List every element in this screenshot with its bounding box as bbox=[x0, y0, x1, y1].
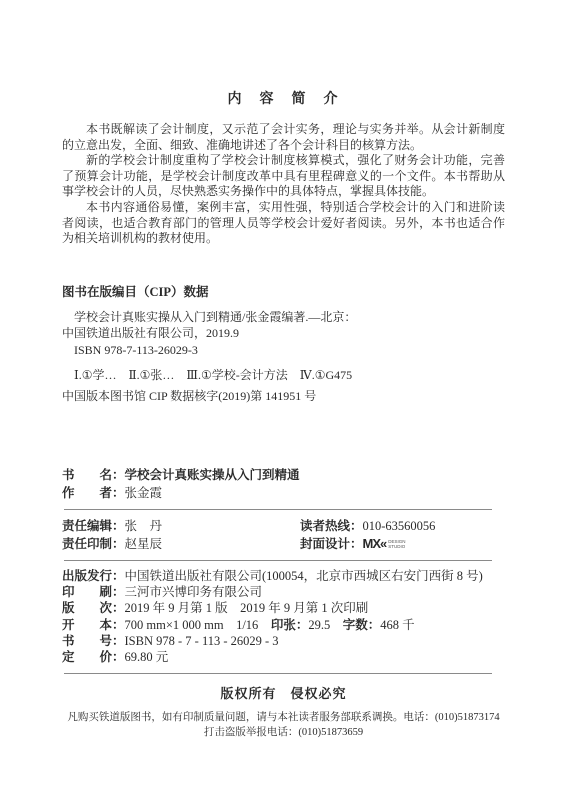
staff-left: 责任编辑： 张 丹 bbox=[62, 517, 300, 535]
price-label: 定 价： bbox=[62, 649, 125, 665]
cover-design-studio-logo: MX« DESIGN STUDIO bbox=[363, 535, 406, 553]
divider-rule bbox=[64, 560, 492, 561]
isbn-value: ISBN 978 - 7 - 113 - 26029 - 3 bbox=[125, 633, 279, 649]
publisher-value: 中国铁道出版社有限公司(100054，北京市西城区右安门西街 8 号) bbox=[125, 568, 483, 584]
book-title-row: 书 名： 学校会计真账实操从入门到精通 bbox=[62, 466, 505, 484]
spacer bbox=[330, 617, 343, 633]
printing-label: 责任印制： bbox=[62, 535, 125, 553]
cip-title-line: 学校会计真账实操从入门到精通/张金霞编著.—北京： bbox=[62, 309, 505, 325]
cip-isbn: ISBN 978-7-113-26029-3 bbox=[62, 342, 505, 358]
hotline-label: 读者热线： bbox=[300, 517, 363, 535]
publisher-row: 出版发行： 中国铁道出版社有限公司(100054，北京市西城区右安门西街 8 号… bbox=[62, 568, 505, 584]
staff-right: 封面设计： MX« DESIGN STUDIO bbox=[300, 535, 406, 553]
book-author-row: 作 者： 张金霞 bbox=[62, 484, 505, 502]
staff-right: 读者热线： 010-63560056 bbox=[300, 517, 435, 535]
printer-label: 印 刷： bbox=[62, 584, 125, 600]
editor-value: 张 丹 bbox=[125, 517, 163, 535]
spacer bbox=[258, 617, 271, 633]
format-row: 开 本： 700 mm×1 000 mm 1/16 印张： 29.5 字数： 4… bbox=[62, 617, 505, 633]
printer-row: 印 刷： 三河市兴博印务有限公司 bbox=[62, 584, 505, 600]
intro-paragraph: 本书内容通俗易懂，案例丰富，实用性强，特别适合学校会计的入门和进阶读者阅读，也适… bbox=[62, 200, 505, 247]
divider-rule bbox=[64, 673, 492, 674]
price-value: 69.80 元 bbox=[125, 649, 169, 665]
cip-record-number: 中国版本图书馆 CIP 数据核字(2019)第 141951 号 bbox=[62, 388, 505, 404]
format-label: 开 本： bbox=[62, 617, 125, 633]
words-label: 字数： bbox=[343, 617, 381, 633]
edition-row: 版 次： 2019 年 9 月第 1 版 2019 年 9 月第 1 次印刷 bbox=[62, 600, 505, 616]
book-title-value: 学校会计真账实操从入门到精通 bbox=[125, 466, 300, 484]
isbn-row: 书 号： ISBN 978 - 7 - 113 - 26029 - 3 bbox=[62, 633, 505, 649]
edition-label: 版 次： bbox=[62, 600, 125, 616]
cip-header: 图书在版编目（CIP）数据 bbox=[62, 284, 505, 300]
sheets-label: 印张： bbox=[271, 617, 309, 633]
service-note: 凡购买铁道版图书，如有印制质量问题，请与本社读者服务部联系调换。电话：(010)… bbox=[62, 710, 505, 725]
price-row: 定 价： 69.80 元 bbox=[62, 649, 505, 665]
printer-value: 三河市兴博印务有限公司 bbox=[125, 584, 263, 600]
book-title-label: 书 名： bbox=[62, 466, 125, 484]
sheets-value: 29.5 bbox=[308, 617, 330, 633]
staff-row-printing: 责任印制： 赵星辰 封面设计： MX« DESIGN STUDIO bbox=[62, 535, 505, 553]
isbn-label: 书 号： bbox=[62, 633, 125, 649]
cip-classification: Ⅰ.①学… Ⅱ.①张… Ⅲ.①学校-会计方法 Ⅳ.①G475 bbox=[62, 367, 505, 383]
divider-rule bbox=[64, 509, 492, 510]
format-value: 700 mm×1 000 mm 1/16 bbox=[125, 617, 259, 633]
publisher-label: 出版发行： bbox=[62, 568, 125, 584]
anti-piracy-note: 打击盗版举报电话：(010)51873659 bbox=[62, 725, 505, 740]
edition-value: 2019 年 9 月第 1 版 2019 年 9 月第 1 次印刷 bbox=[125, 600, 369, 616]
staff-block: 责任编辑： 张 丹 读者热线： 010-63560056 责任印制： 赵星辰 封… bbox=[62, 517, 505, 553]
printing-value: 赵星辰 bbox=[125, 535, 163, 553]
intro-title: 内 容 简 介 bbox=[62, 88, 505, 108]
editor-label: 责任编辑： bbox=[62, 517, 125, 535]
staff-row-editor: 责任编辑： 张 丹 读者热线： 010-63560056 bbox=[62, 517, 505, 535]
book-author-value: 张金霞 bbox=[125, 484, 163, 502]
cip-block: 图书在版编目（CIP）数据 学校会计真账实操从入门到精通/张金霞编著.—北京： … bbox=[62, 284, 505, 404]
mx-logo-subtext: DESIGN STUDIO bbox=[388, 539, 405, 549]
hotline-value: 010-63560056 bbox=[363, 517, 436, 535]
publication-block: 出版发行： 中国铁道出版社有限公司(100054，北京市西城区右安门西街 8 号… bbox=[62, 568, 505, 666]
book-title-block: 书 名： 学校会计真账实操从入门到精通 作 者： 张金霞 bbox=[62, 466, 505, 502]
cip-publisher-line: 中国铁道出版社有限公司，2019.9 bbox=[62, 325, 505, 341]
copyright-page: 内 容 简 介 本书既解读了会计制度，又示范了会计实务，理论与实务并举。从会计新… bbox=[0, 0, 567, 799]
mx-logo-text: MX« bbox=[363, 537, 387, 550]
mx-logo-sub2: STUDIO bbox=[388, 544, 405, 549]
words-value: 468 千 bbox=[380, 617, 414, 633]
intro-paragraph: 本书既解读了会计制度，又示范了会计实务，理论与实务并举。从会计新制度的立意出发，… bbox=[62, 122, 505, 153]
staff-left: 责任印制： 赵星辰 bbox=[62, 535, 300, 553]
cover-design-label: 封面设计： bbox=[300, 535, 363, 553]
book-author-label: 作 者： bbox=[62, 484, 125, 502]
intro-paragraph: 新的学校会计制度重构了学校会计制度核算模式，强化了财务会计功能，完善了预算会计功… bbox=[62, 153, 505, 200]
copyright-notice: 版权所有 侵权必究 bbox=[62, 683, 505, 702]
